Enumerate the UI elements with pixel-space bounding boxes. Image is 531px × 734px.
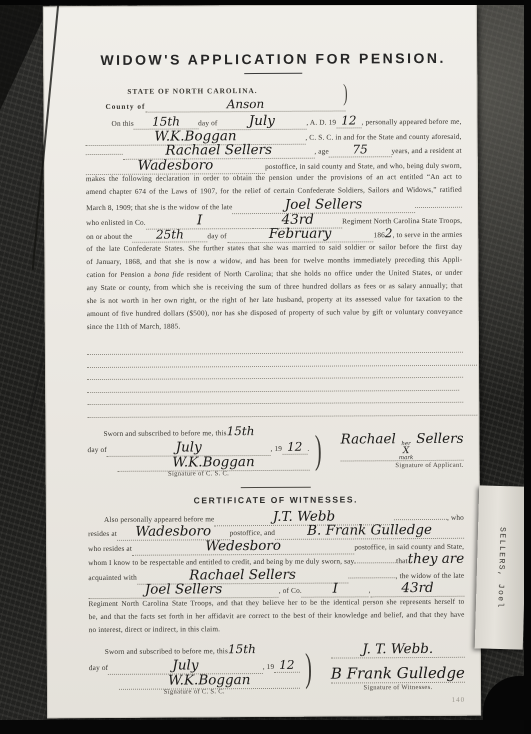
clerk-signature: W.K.Boggan xyxy=(118,453,310,471)
printed-text: that xyxy=(396,554,408,567)
enlist-year-entry: 2 xyxy=(385,226,393,240)
printed-line: amount of five hundred dollars ($500), n… xyxy=(87,304,463,319)
county-label: County of xyxy=(105,100,145,113)
page-number: 140 xyxy=(452,696,466,704)
blank-line xyxy=(87,403,477,418)
dotted-fill xyxy=(86,154,123,155)
witnesses-heading: CERTIFICATE OF WITNESSES. xyxy=(88,493,464,505)
paper-crease xyxy=(27,362,43,423)
document-title: WIDOW'S APPLICATION FOR PENSION. xyxy=(85,50,461,68)
printed-text: , personally appeared before me, xyxy=(361,115,461,129)
applicant-signature: Rachael her X mark Sellers xyxy=(341,430,464,461)
printed-text: resident of North Carolina; that she hol… xyxy=(184,267,463,278)
printed-text-italic: bona fide xyxy=(154,269,184,278)
archive-file-tab: SELLERS, Joel xyxy=(475,485,528,649)
brace-glyph: ) xyxy=(305,641,312,694)
printed-text: day of xyxy=(87,442,106,455)
county-entry: Anson xyxy=(145,96,345,112)
dotted-fill xyxy=(354,562,396,563)
state-county-block: STATE OF NORTH CAROLINA. County of Anson… xyxy=(105,83,345,110)
file-tab-label: SELLERS, Joel xyxy=(495,526,506,608)
brace-glyph: ) xyxy=(315,423,322,476)
printed-text: Sworn and subscribed to before me, this xyxy=(105,644,228,658)
scanned-document-background: WIDOW'S APPLICATION FOR PENSION. STATE O… xyxy=(0,0,531,734)
attestation-left: Sworn and subscribed to before me, this … xyxy=(89,641,300,695)
attestation-right: J. T. Webb. B Frank Gulledge Signature o… xyxy=(317,640,465,694)
printed-text: , age xyxy=(314,145,329,158)
scan-border-right xyxy=(524,0,531,734)
sworn-day-entry: 15th xyxy=(228,642,256,656)
printed-text: who enlisted in Co. xyxy=(86,215,146,228)
scan-border-bottom xyxy=(0,720,531,734)
witness-attestation-block: Sworn and subscribed to before me, this … xyxy=(89,640,465,695)
brace-glyph: ) xyxy=(343,80,348,107)
witness2-signature: B Frank Gulledge xyxy=(331,663,465,683)
witness-signature-label: Signature of Witnesses. xyxy=(331,683,465,691)
declaration-section: On this 15th day of July , A. D. 19 12 ,… xyxy=(85,112,462,333)
signature-first-name: Rachael xyxy=(341,431,396,447)
document-page: WIDOW'S APPLICATION FOR PENSION. STATE O… xyxy=(43,4,481,719)
witness-section: Also personally appeared before me J.T. … xyxy=(88,507,465,635)
signature-text: J. T. Webb. xyxy=(362,640,433,656)
sworn-day-entry: 15th xyxy=(227,424,255,438)
dotted-fill xyxy=(394,518,447,519)
year-entry: 12 xyxy=(336,113,361,128)
witness1-signature: J. T. Webb. xyxy=(331,640,465,658)
printed-text: Sworn and subscribed to before me, this xyxy=(103,426,226,440)
witness2-postoffice-entry: Wedesboro xyxy=(132,537,354,555)
sworn-year-entry: 12 xyxy=(282,439,307,454)
printed-text: cation for Pension a xyxy=(86,269,154,278)
attestation-left: Sworn and subscribed to before me, this … xyxy=(87,423,309,477)
printed-text: , C. S. C. in and for the State and coun… xyxy=(305,129,461,143)
section-divider xyxy=(241,486,311,487)
clerk-signature: W.K.Boggan xyxy=(119,671,300,689)
mark-label-mark: mark xyxy=(399,456,414,462)
applicant-attestation-block: Sworn and subscribed to before me, this … xyxy=(87,422,463,477)
printed-text: resides at xyxy=(88,527,117,540)
dotted-fill xyxy=(348,577,395,578)
printed-line: no interest, direct or indirect, in this… xyxy=(89,620,465,635)
age-entry: 75 xyxy=(329,142,392,157)
printed-line: be, and that the facts set forth in her … xyxy=(89,607,465,622)
blank-lines-section xyxy=(87,340,463,417)
signature-last-name: Sellers xyxy=(416,430,463,446)
printed-line: since the 11th of March, 1885. xyxy=(87,317,463,332)
dotted-fill xyxy=(415,207,462,208)
her-mark: her X mark xyxy=(399,442,414,462)
sworn-year-entry: 12 xyxy=(274,657,299,672)
printed-text: who resides at xyxy=(88,541,132,554)
signature-text: B Frank Gulledge xyxy=(331,663,465,682)
printed-text: , A. D. 19 xyxy=(306,116,336,129)
applicant-signature-label: Signature of Applicant. xyxy=(341,461,464,469)
title-divider xyxy=(244,73,302,74)
printed-text: years, and a resident at xyxy=(391,144,461,157)
attestation-right: Rachael her X mark Sellers Signature of … xyxy=(327,422,464,476)
they-are-entry: they are xyxy=(408,551,465,567)
printed-text: day of xyxy=(89,660,108,673)
state-line: STATE OF NORTH CAROLINA. xyxy=(127,84,257,98)
scan-border-top xyxy=(0,0,531,5)
